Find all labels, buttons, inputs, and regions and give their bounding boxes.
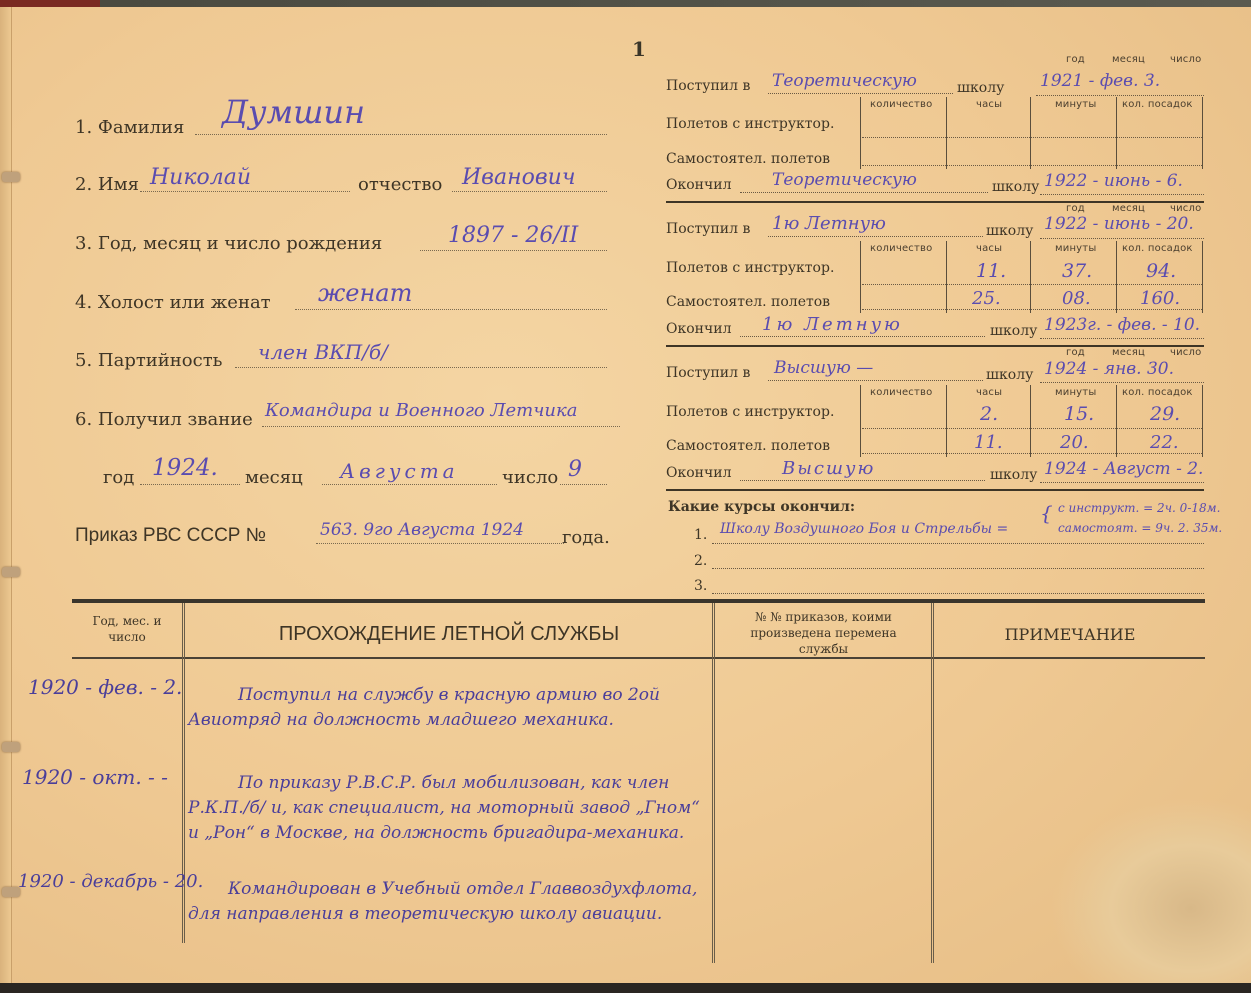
year-header: год <box>1066 347 1085 358</box>
finished-label: Окончил <box>666 177 731 193</box>
grid-line <box>862 428 1202 429</box>
header-service: ПРОХОЖДЕНИЕ ЛЕТНОЙ СЛУЖБЫ <box>186 623 712 646</box>
name-line <box>140 191 350 192</box>
grid-line <box>1202 385 1203 457</box>
instructor-landings: 94. <box>1146 260 1176 282</box>
birth-line <box>420 250 607 251</box>
finished-date-value: 1922 - июнь - 6. <box>1044 171 1183 191</box>
grid-line <box>1030 241 1031 313</box>
hours-header: часы <box>976 387 1002 398</box>
entered-date-line <box>1040 238 1204 239</box>
month-header: месяц <box>1112 54 1145 65</box>
solo-hours: 25. <box>972 288 1001 309</box>
minutes-header: минуты <box>1055 387 1096 398</box>
finished-school-value: 1ю Летную <box>762 314 903 335</box>
rank-year-line <box>140 484 240 485</box>
grid-line <box>1202 97 1203 169</box>
count-header: количество <box>870 99 932 110</box>
grid-line <box>860 241 861 313</box>
finished-label: Окончил <box>666 465 731 481</box>
birth-value: 1897 - 26/II <box>448 223 578 248</box>
grid-line <box>860 97 861 169</box>
with-instructor-label: Полетов с инструктор. <box>666 404 834 420</box>
finished-school-value: Высшую <box>782 458 875 479</box>
with-instructor-label: Полетов с инструктор. <box>666 260 834 276</box>
column-divider <box>712 603 715 963</box>
landings-header: кол. посадок <box>1122 99 1193 110</box>
binding-stitch <box>2 172 20 182</box>
name-value: Николай <box>150 165 251 190</box>
patronymic-label: отчество <box>358 174 442 195</box>
header-remarks: ПРИМЕЧАНИЕ <box>935 625 1205 644</box>
row-2-date: 1920 - окт. - - <box>22 765 168 790</box>
grid-line <box>860 385 861 457</box>
rank-year-value: 1924. <box>152 455 218 481</box>
course-1-note-solo: самостоят. = 9ч. 2. 35м. <box>1058 521 1222 535</box>
order-line <box>316 543 564 544</box>
instructor-minutes: 37. <box>1062 260 1092 282</box>
solo-minutes: 08. <box>1062 288 1091 309</box>
grid-line <box>1202 241 1203 313</box>
entered-date-value: 1924 - янв. 30. <box>1044 359 1174 379</box>
surname-label: 1. Фамилия <box>75 117 184 138</box>
entered-label: Поступил в <box>666 221 750 237</box>
grid-line <box>1030 97 1031 169</box>
patronymic-line <box>452 191 607 192</box>
grid-line <box>1116 241 1117 313</box>
rank-day-label: число <box>502 467 558 488</box>
finished-date-value: 1924 - Август - 2. <box>1044 459 1203 479</box>
solo-landings: 160. <box>1140 288 1180 309</box>
service-record-page: 1 1. Фамилия Думшин 2. Имя Николай отчес… <box>0 7 1251 983</box>
row-1-text: Поступил на службу в красную армию во 2о… <box>188 683 710 733</box>
surname-value: Думшин <box>222 93 365 131</box>
instructor-minutes: 15. <box>1064 403 1094 425</box>
course-1-line <box>712 543 1204 544</box>
course-3-line <box>712 593 1204 594</box>
course-1-number: 1. <box>694 527 707 543</box>
finished-school-line <box>740 336 985 337</box>
header-date: Год, мес. и число <box>72 613 182 645</box>
rank-month-label: месяц <box>245 467 303 488</box>
instructor-landings: 29. <box>1150 403 1180 425</box>
party-line <box>235 367 607 368</box>
minutes-header: минуты <box>1055 99 1096 110</box>
entered-date-line <box>1036 95 1204 96</box>
grid-line <box>862 284 1202 285</box>
school-label: школу <box>986 367 1033 383</box>
school-label: школу <box>990 467 1037 483</box>
rank-day-line <box>560 484 607 485</box>
course-2-line <box>712 568 1204 569</box>
entered-date-value: 1921 - фев. 3. <box>1040 71 1160 91</box>
landings-header: кол. посадок <box>1122 387 1193 398</box>
book-cover-edge-bottom <box>0 983 1251 993</box>
solo-landings: 22. <box>1150 432 1179 453</box>
landings-header: кол. посадок <box>1122 243 1193 254</box>
year-header: год <box>1066 54 1085 65</box>
party-value: член ВКП/б/ <box>258 340 388 364</box>
rank-year-label: год <box>103 467 134 488</box>
grid-line <box>946 241 947 313</box>
surname-line <box>195 134 607 135</box>
grid-line <box>862 137 1202 138</box>
name-label: 2. Имя <box>75 174 139 195</box>
rank-value: Командира и Военного Летчика <box>265 400 578 421</box>
count-header: количество <box>870 387 932 398</box>
finished-date-value: 1923г. - фев. - 10. <box>1044 315 1200 335</box>
entered-school-line <box>768 236 983 237</box>
hours-header: часы <box>976 243 1002 254</box>
entered-date-value: 1922 - июнь - 20. <box>1044 214 1194 234</box>
entered-school-value: Теоретическую <box>772 71 917 91</box>
finished-school-line <box>740 480 985 481</box>
course-3-number: 3. <box>694 578 707 594</box>
year-header: год <box>1066 203 1085 214</box>
solo-label: Самостоятел. полетов <box>666 438 830 454</box>
hours-header: часы <box>976 99 1002 110</box>
entered-school-line <box>768 93 953 94</box>
header-orders: № № приказов, коими произведена перемена… <box>716 609 931 657</box>
with-instructor-label: Полетов с инструктор. <box>666 116 834 132</box>
grid-line <box>1116 97 1117 169</box>
binding-stitch <box>2 567 20 577</box>
order-label: Приказ РВС СССР № <box>75 525 266 547</box>
finished-school-line <box>740 192 988 193</box>
count-header: количество <box>870 243 932 254</box>
grid-line <box>1116 385 1117 457</box>
entered-school-value: 1ю Летную <box>772 213 886 234</box>
finished-date-line <box>1040 338 1204 339</box>
order-suffix: года. <box>562 527 610 548</box>
brace-icon: { <box>1040 501 1053 525</box>
month-header: месяц <box>1112 203 1145 214</box>
finished-date-line <box>1040 194 1204 195</box>
courses-title: Какие курсы окончил: <box>668 499 855 515</box>
grid-line <box>946 385 947 457</box>
table-top-rule <box>72 599 1205 603</box>
row-1-date: 1920 - фев. - 2. <box>28 675 182 700</box>
solo-minutes: 20. <box>1060 432 1089 453</box>
row-2-text: По приказу Р.В.С.Р. был мобилизован, как… <box>188 771 710 846</box>
entered-school-value: Высшую — <box>774 358 873 378</box>
course-1-value: Школу Воздушного Боя и Стрельбы = <box>720 521 1008 537</box>
table-header-rule <box>72 657 1205 659</box>
marital-label: 4. Холост или женат <box>75 292 271 313</box>
grid-line <box>862 309 1202 310</box>
book-cover-edge-top <box>0 0 1251 7</box>
course-1-note-instructor: с инструкт. = 2ч. 0-18м. <box>1058 501 1220 515</box>
row-3-date: 1920 - декабрь - 20. <box>18 869 203 894</box>
grid-line <box>946 97 947 169</box>
birth-label: 3. Год, месяц и число рождения <box>75 233 382 254</box>
school-label: школу <box>992 179 1039 195</box>
paper-damage <box>1050 797 1251 983</box>
rank-day-value: 9 <box>568 457 582 482</box>
entered-label: Поступил в <box>666 78 750 94</box>
entered-school-line <box>768 380 983 381</box>
school-label: школу <box>957 80 1004 96</box>
day-header: число <box>1170 347 1201 358</box>
finished-date-line <box>1040 482 1204 483</box>
entered-label: Поступил в <box>666 365 750 381</box>
column-divider <box>931 603 934 963</box>
rank-month-line <box>322 484 497 485</box>
block-divider <box>666 489 1204 491</box>
entered-date-line <box>1040 382 1204 383</box>
solo-hours: 11. <box>974 432 1003 453</box>
solo-label: Самостоятел. полетов <box>666 294 830 310</box>
marital-line <box>295 309 607 310</box>
page-number: 1 <box>632 37 646 61</box>
minutes-header: минуты <box>1055 243 1096 254</box>
row-3-text: Командирован в Учебный отдел Главвоздухф… <box>188 877 710 927</box>
grid-line <box>1030 385 1031 457</box>
solo-label: Самостоятел. полетов <box>666 151 830 167</box>
finished-label: Окончил <box>666 321 731 337</box>
patronymic-value: Иванович <box>462 165 576 190</box>
marital-value: женат <box>318 279 412 307</box>
day-header: число <box>1170 54 1201 65</box>
day-header: число <box>1170 203 1201 214</box>
course-2-number: 2. <box>694 553 707 569</box>
rank-month-value: Августа <box>340 459 459 483</box>
month-header: месяц <box>1112 347 1145 358</box>
order-value: 563. 9го Августа 1924 <box>320 520 524 540</box>
rank-label: 6. Получил звание <box>75 409 253 430</box>
binding-stitch <box>2 742 20 752</box>
school-label: школу <box>990 323 1037 339</box>
finished-school-value: Теоретическую <box>772 170 917 190</box>
school-label: школу <box>986 223 1033 239</box>
instructor-hours: 2. <box>980 403 998 425</box>
page-binding <box>0 7 12 983</box>
party-label: 5. Партийность <box>75 350 222 371</box>
grid-line <box>862 165 1202 166</box>
grid-line <box>862 453 1202 454</box>
rank-line <box>262 426 620 427</box>
instructor-hours: 11. <box>976 260 1006 282</box>
